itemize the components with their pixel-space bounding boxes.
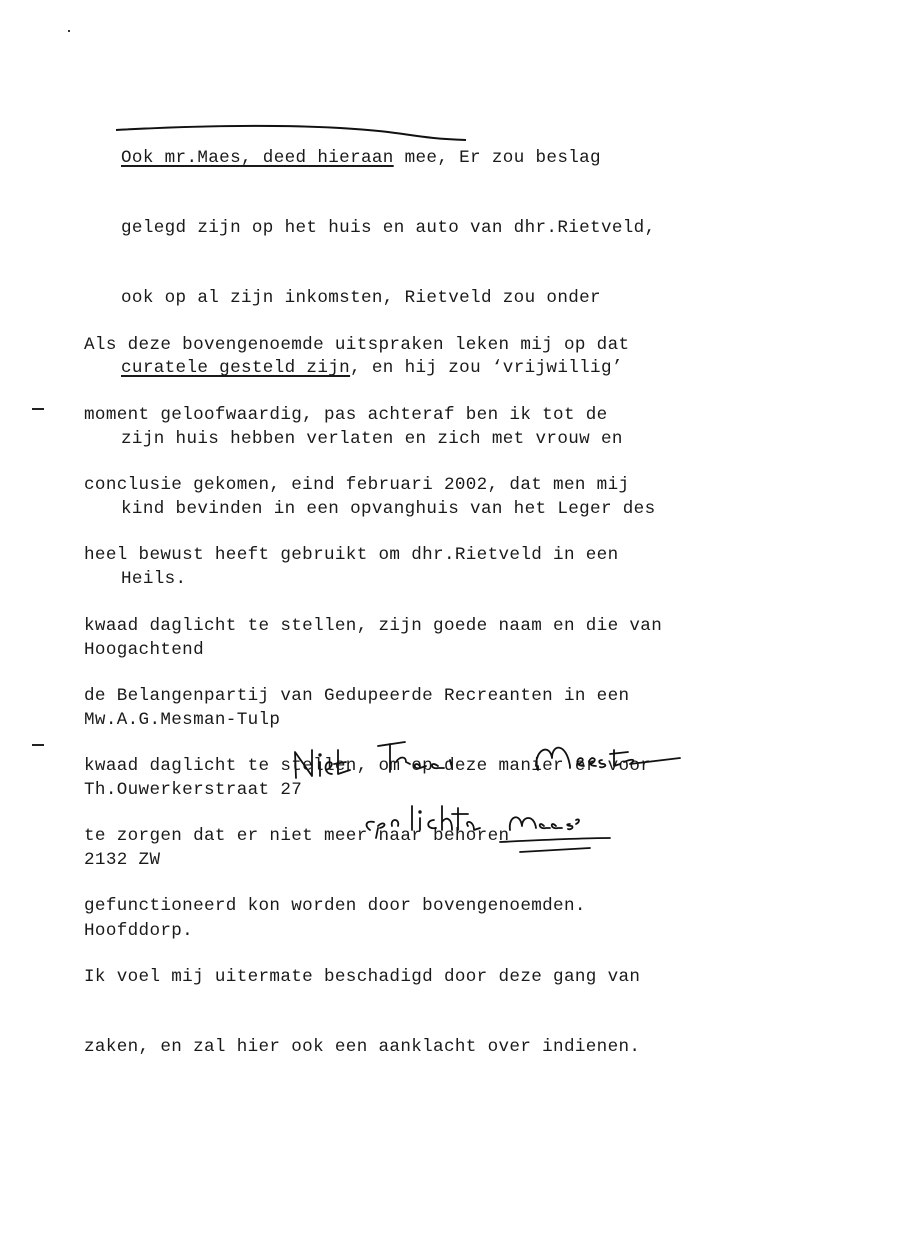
scan-speck (68, 30, 70, 32)
scanned-letter-page: Ook mr.Maes, deed hieraan mee, Er zou be… (0, 0, 900, 1238)
handdrawn-strike-line (110, 118, 470, 148)
paragraph-2-line: Als deze bovengenoemde uitspraken leken … (84, 334, 662, 357)
underlined-text: Ook mr.Maes, deed hieraan (121, 148, 394, 168)
paragraph-2-line: heel bewust heeft gebruikt om dhr.Rietve… (84, 544, 662, 567)
handwritten-annotation: Niet Fraai Meester (280, 730, 690, 860)
sender-postcode: 2132 ZW (84, 849, 302, 872)
paragraph-1-line: Ook mr.Maes, deed hieraan mee, Er zou be… (121, 147, 656, 170)
sender-name: Mw.A.G.Mesman-Tulp (84, 709, 302, 732)
margin-mark (32, 744, 44, 746)
margin-mark (32, 408, 44, 410)
paragraph-2-line: moment geloofwaardig, pas achteraf ben i… (84, 404, 662, 427)
paragraph-2-line: zaken, en zal hier ook een aanklacht ove… (84, 1036, 662, 1059)
signature-block: Hoogachtend Mw.A.G.Mesman-Tulp Th.Ouwerk… (84, 592, 302, 990)
paragraph-1-line: gelegd zijn op het huis en auto van dhr.… (121, 217, 656, 240)
sender-street: Th.Ouwerkerstraat 27 (84, 779, 302, 802)
line-rest: mee, Er zou beslag (394, 148, 601, 168)
paragraph-2-line: conclusie gekomen, eind februari 2002, d… (84, 474, 662, 497)
salutation: Hoogachtend (84, 639, 302, 662)
sender-city: Hoofddorp. (84, 920, 302, 943)
